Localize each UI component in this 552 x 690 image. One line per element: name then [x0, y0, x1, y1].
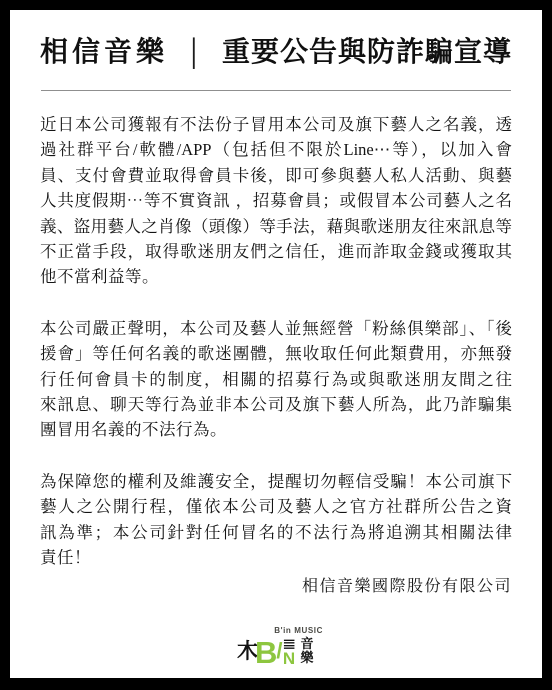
text-line: 責任！: [40, 545, 512, 570]
text-line: 行任何會員卡的制度，相關的招募行為或與歌迷朋友間之往: [40, 367, 512, 392]
paragraph-fraud-report: 近日本公司獲報有不法份子冒用本公司及旗下藝人之名義，透 過社群平台/軟體/APP…: [40, 112, 512, 290]
logo-xin-column: ≣ N: [280, 638, 299, 666]
logo-brand-text: B'in MUSIC: [237, 626, 325, 635]
announcement-page: 相信音樂 │ 重要公告與防詐騙宣導 近日本公司獲報有不法份子冒用本公司及旗下藝人…: [10, 10, 542, 678]
bin-music-logo-mark-icon: 木 B / ≣ N 音 樂: [237, 636, 325, 666]
text-line: 過社群平台/軟體/APP（包括但不限於Line⋯等），以加入會: [40, 137, 512, 162]
text-line: 藝人之公開行程，僅依本公司及藝人之官方社群所公告之資: [40, 494, 512, 519]
text-line: 他不當利益等。: [40, 264, 512, 289]
company-signature: 相信音樂國際股份有限公司: [40, 578, 512, 596]
yue-character: 樂: [301, 651, 314, 666]
text-line: 為保障您的權利及維護安全，提醒切勿輕信受騙！本公司旗下: [40, 469, 512, 494]
title-divider: [41, 90, 511, 91]
text-line: 團冒用名義的不法行為。: [40, 417, 512, 442]
poster-frame: 相信音樂 │ 重要公告與防詐騙宣導 近日本公司獲報有不法份子冒用本公司及旗下藝人…: [0, 0, 552, 690]
text-line: 來訊息、聊天等行為並非本公司及旗下藝人所為，此乃詐騙集: [40, 392, 512, 417]
logo-music-column: 音 樂: [301, 637, 314, 666]
yin-character: 音: [301, 637, 314, 652]
title-brand-name: 相信音樂: [40, 35, 168, 69]
text-line: 近日本公司獲報有不法份子冒用本公司及旗下藝人之名義，透: [40, 112, 512, 137]
yan-strokes-glyph: ≣: [282, 638, 296, 651]
title-separator-bar: │: [181, 35, 209, 69]
text-line: 義、盜用藝人之肖像（頭像）等手法，藉與歌迷朋友往來訊息等: [40, 214, 512, 239]
paragraph-official-statement: 本公司嚴正聲明，本公司及藝人並無經營「粉絲俱樂部」、「後 援會」等任何名義的歌迷…: [40, 316, 512, 443]
title-subject: 重要公告與防詐騙宣導: [222, 35, 512, 69]
text-line: 援會」等任何名義的歌迷團體，無收取任何此類費用，亦無發: [40, 341, 512, 366]
text-line: 人共度假期⋯等不實資訊 ，招募會員；或假冒本公司藝人之名: [40, 188, 512, 213]
text-line: 不正當手段，取得歌迷朋友們之信任，進而詐取金錢或獲取其: [40, 239, 512, 264]
bin-music-logo: B'in MUSIC 木 B / ≣ N 音 樂: [237, 626, 325, 666]
paragraph-reminder: 為保障您的權利及維護安全，提醒切勿輕信受騙！本公司旗下 藝人之公開行程，僅依本公…: [40, 469, 512, 571]
text-line: 訊為準；本公司針對任何冒名的不法行為將追溯其相關法律: [40, 520, 512, 545]
text-line: 員、支付會費並取得會員卡後，即可參與藝人私人活動、與藝: [40, 163, 512, 188]
page-title: 相信音樂 │ 重要公告與防詐騙宣導: [40, 35, 512, 69]
text-line: 本公司嚴正聲明，本公司及藝人並無經營「粉絲俱樂部」、「後: [40, 316, 512, 341]
logo-letter-n: N: [283, 651, 295, 666]
logo-letter-b: B: [255, 639, 277, 666]
